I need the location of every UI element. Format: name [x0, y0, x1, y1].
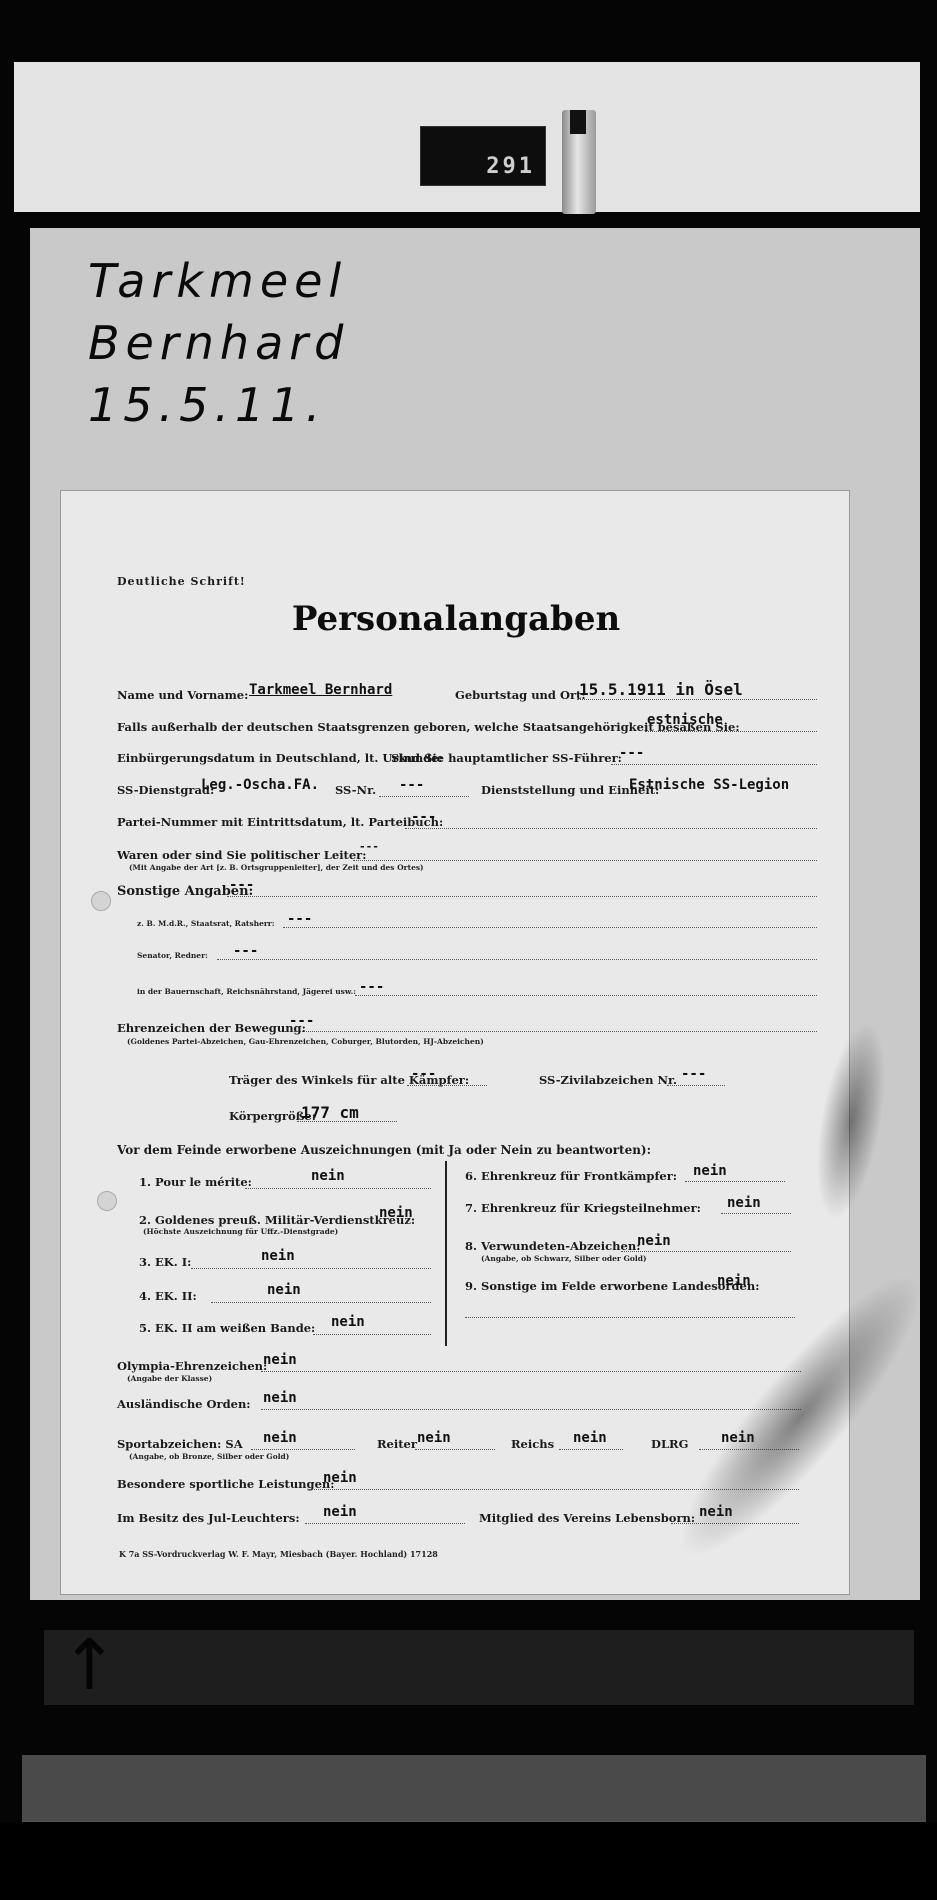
award-right-6-value: nein — [693, 1163, 727, 1179]
form-title: Personalangaben — [61, 599, 851, 639]
film-bar — [44, 1630, 914, 1705]
unit-value: Estnische SS-Legion — [629, 777, 789, 793]
birth-value: 15.5.1911 in Ösel — [579, 680, 743, 699]
special-sports-label: Besondere sportliche Leistungen: — [117, 1477, 335, 1491]
mdr-value: --- — [287, 911, 312, 927]
award-right-9-value: nein — [717, 1273, 751, 1289]
sports-badge-label: Sportabzeichen: SA — [117, 1437, 243, 1451]
award-left-5-value: nein — [331, 1314, 365, 1330]
citizenship-value: estnische — [647, 712, 723, 728]
olympia-label: Olympia-Ehrenzeichen: — [117, 1359, 267, 1373]
party-number-value: --- — [411, 809, 436, 825]
punch-hole — [97, 1191, 117, 1211]
ss-fuehrer-value: --- — [619, 745, 644, 761]
ss-number-value: --- — [399, 777, 424, 793]
award-left-1-label: 1. Pour le mérite: — [139, 1175, 252, 1189]
award-left-5-label: 5. EK. II am weißen Bande: — [139, 1321, 315, 1335]
form-footer: K 7a SS-Vordruckverlag W. F. Mayr, Miesb… — [119, 1549, 438, 1559]
olympia-value: nein — [263, 1352, 297, 1368]
movement-honors-value: --- — [289, 1013, 314, 1029]
award-left-4-label: 4. EK. II: — [139, 1289, 197, 1303]
birth-label: Geburtstag und Ort: — [455, 688, 586, 702]
political-leader-label: Waren oder sind Sie politischer Leiter: — [117, 848, 367, 862]
movement-honors-label: Ehrenzeichen der Bewegung: — [117, 1021, 306, 1035]
ss-fuehrer-label: Sind Sie hauptamtlicher SS-Führer: — [391, 751, 622, 765]
sports-reiter-label: Reiter — [377, 1437, 417, 1451]
award-right-6-label: 6. Ehrenkreuz für Frontkämpfer: — [465, 1169, 677, 1183]
award-left-2-note: (Höchste Auszeichnung für Uffz.-Dienstgr… — [143, 1227, 338, 1236]
ss-number-label: SS-Nr. — [335, 783, 376, 797]
handwritten-note: Tarkmeel Bernhard 15.5.11. — [88, 250, 349, 436]
name-value: Tarkmeel Bernhard — [249, 682, 392, 698]
special-sports-value: nein — [323, 1470, 357, 1486]
party-number-label: Partei-Nummer mit Eintrittsdatum, lt. Pa… — [117, 815, 443, 829]
sports-reichs-value: nein — [573, 1430, 607, 1446]
jul-leuchter-label: Im Besitz des Jul-Leuchters: — [117, 1511, 300, 1525]
award-left-3-value: nein — [261, 1248, 295, 1264]
award-left-3-label: 3. EK. I: — [139, 1255, 191, 1269]
senator-label: Senator, Redner: — [137, 951, 208, 960]
award-left-1-value: nein — [311, 1168, 345, 1184]
farming-label: in der Bauernschaft, Reichsnährstand, Jä… — [137, 987, 356, 996]
sports-sa-value: nein — [263, 1430, 297, 1446]
reel-label: 291 — [420, 126, 546, 186]
political-leader-value: --- — [359, 840, 379, 853]
sports-reichs-label: Reichs — [511, 1437, 554, 1451]
award-right-8-label: 8. Verwundeten-Abzeichen: — [465, 1239, 640, 1253]
binder-clip — [562, 110, 596, 214]
foreign-orders-value: nein — [263, 1390, 297, 1406]
civil-badge-label: SS-Zivilabzeichen Nr. — [539, 1073, 677, 1087]
awards-column-divider — [445, 1161, 447, 1346]
sports-badge-note: (Angabe, ob Bronze, Silber oder Gold) — [129, 1452, 289, 1461]
microfilm-frame: 291 Tarkmeel Bernhard 15.5.11. Deutliche… — [0, 0, 937, 1900]
header-note: Deutliche Schrift! — [117, 575, 246, 588]
ss-rank-value: Leg.-Oscha.FA. — [201, 777, 319, 793]
sports-dlrg-label: DLRG — [651, 1437, 688, 1451]
other-info-value: --- — [229, 877, 254, 893]
farming-value: --- — [359, 979, 384, 995]
award-left-2-value: nein — [379, 1205, 413, 1221]
mdr-label: z. B. M.d.R., Staatsrat, Ratsherr: — [137, 919, 275, 928]
senator-value: --- — [233, 943, 258, 959]
movement-honors-note: (Goldenes Partei-Abzeichen, Gau-Ehrenzei… — [127, 1037, 484, 1046]
ss-rank-label: SS-Dienstgrad: — [117, 783, 214, 797]
handwritten-surname: Tarkmeel — [88, 250, 349, 312]
civil-badge-value: --- — [681, 1066, 706, 1082]
sports-reiter-value: nein — [417, 1430, 451, 1446]
foreign-orders-label: Ausländische Orden: — [117, 1397, 251, 1411]
award-left-2-label: 2. Goldenes preuß. Militär-Verdienstkreu… — [139, 1213, 415, 1227]
awards-heading: Vor dem Feinde erworbene Auszeichnungen … — [117, 1143, 651, 1157]
jul-leuchter-value: nein — [323, 1504, 357, 1520]
political-leader-note: (Mit Angabe der Art [z. B. Ortsgruppenle… — [129, 863, 424, 872]
award-right-7-value: nein — [727, 1195, 761, 1211]
award-right-9-label: 9. Sonstige im Felde erworbene Landesord… — [465, 1279, 759, 1293]
reel-number: 291 — [486, 154, 535, 179]
film-edge — [0, 1822, 937, 1900]
award-right-7-label: 7. Ehrenkreuz für Kriegsteilnehmer: — [465, 1201, 701, 1215]
olympia-note: (Angabe der Klasse) — [127, 1374, 212, 1383]
height-value: 177 cm — [301, 1103, 359, 1122]
old-fighter-value: --- — [411, 1066, 436, 1082]
personal-data-form: Deutliche Schrift! Personalangaben Name … — [60, 490, 850, 1595]
handwritten-given-name: Bernhard — [88, 312, 349, 374]
handwritten-date: 15.5.11. — [88, 374, 349, 436]
name-label: Name und Vorname: — [117, 688, 248, 702]
punch-hole — [91, 891, 111, 911]
award-right-8-note: (Angabe, ob Schwarz, Silber oder Gold) — [481, 1254, 647, 1263]
up-arrow-icon: ↑ — [60, 1630, 119, 1700]
award-left-4-value: nein — [267, 1282, 301, 1298]
award-right-8-value: nein — [637, 1233, 671, 1249]
